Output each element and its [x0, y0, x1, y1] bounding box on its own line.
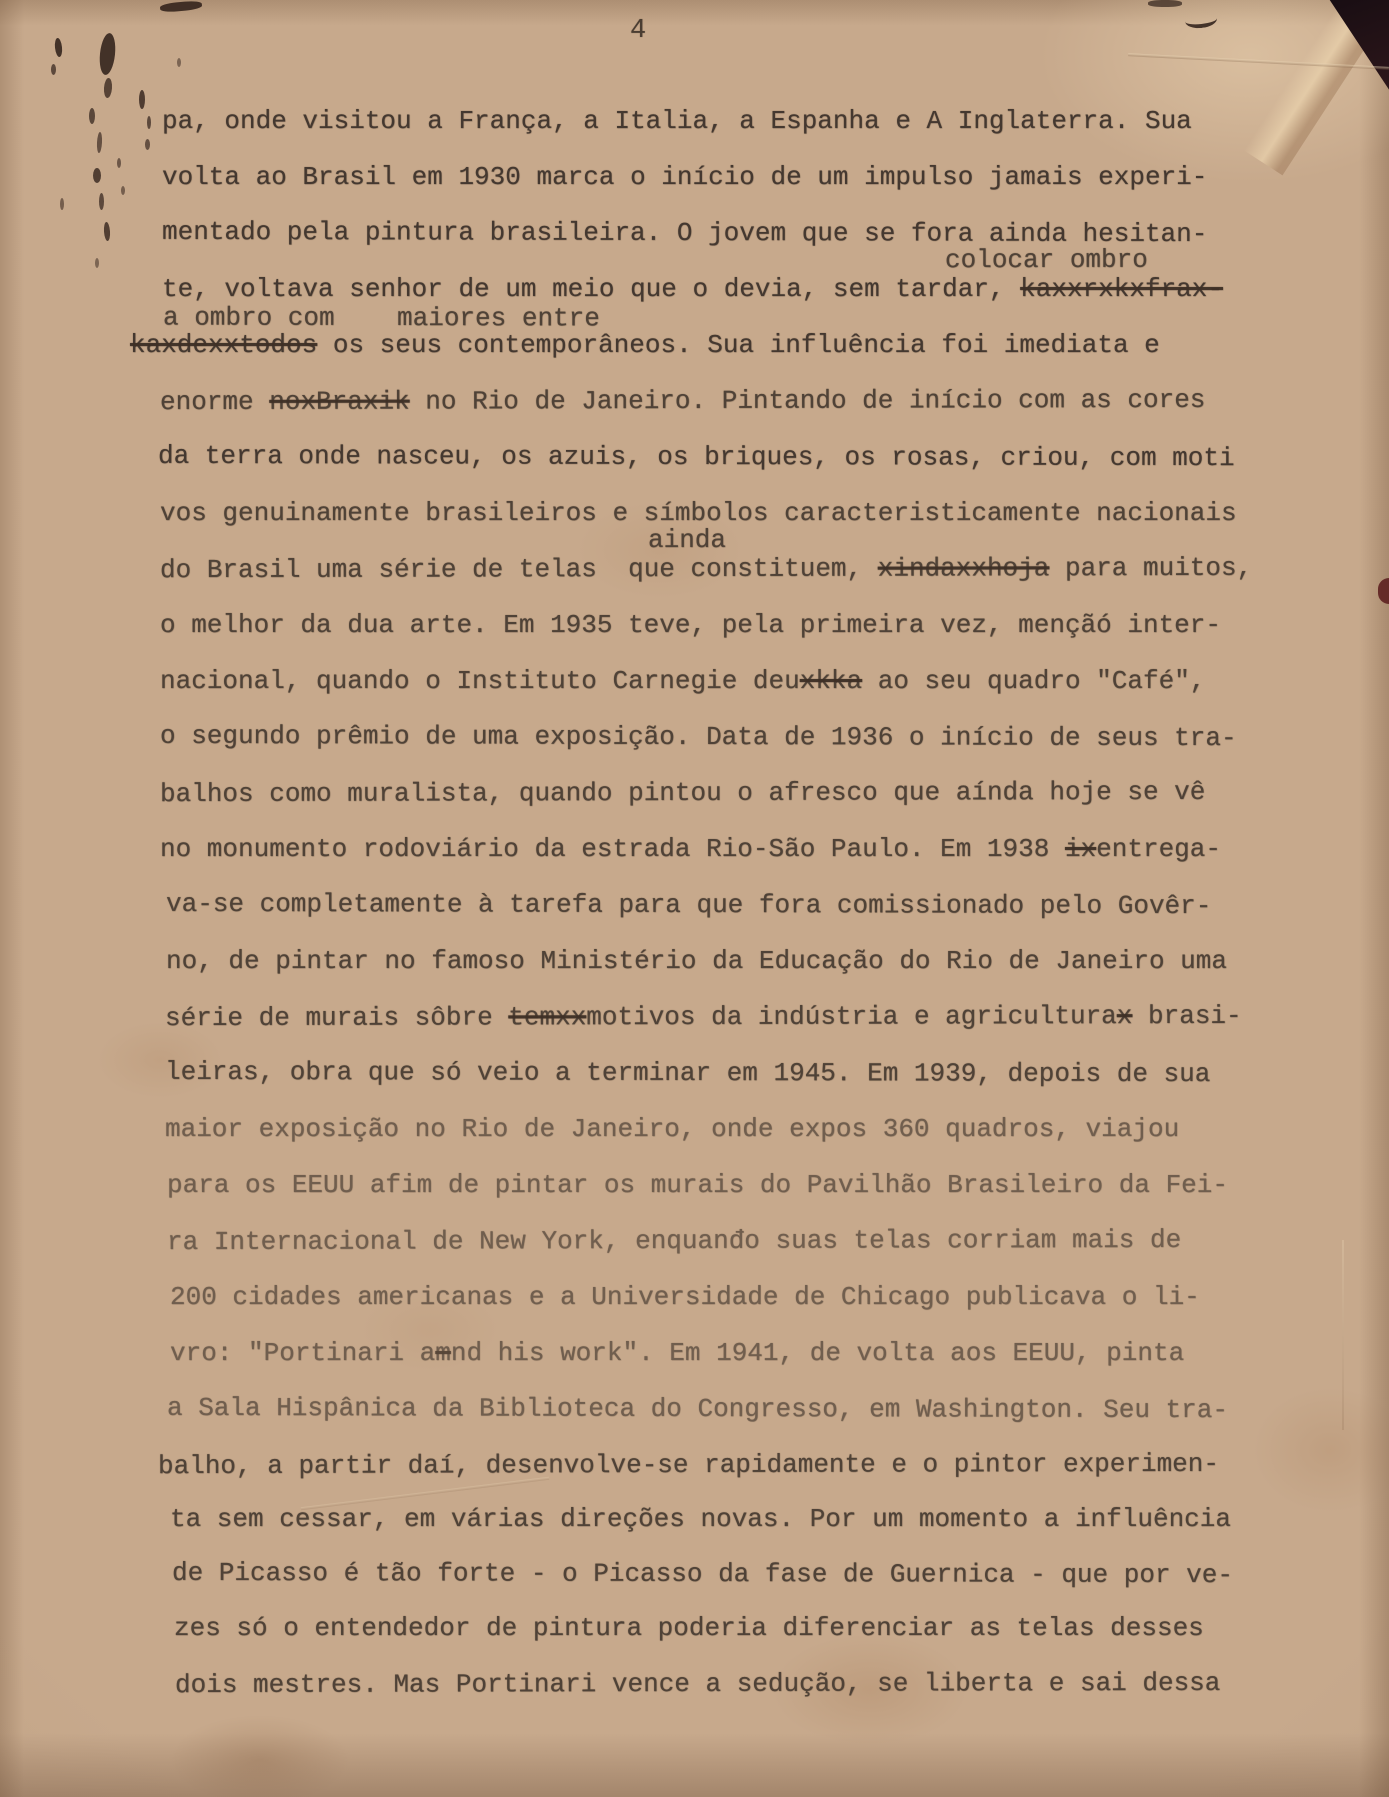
typescript-line: 200 cidades americanas e a Universidade … — [170, 1284, 1200, 1310]
typescript-line: nacional, quando o Instituto Carnegie de… — [160, 668, 1205, 694]
ink-splatter — [96, 132, 102, 153]
ink-splatter — [145, 139, 150, 150]
ink-splatter — [139, 90, 145, 109]
typescript-line: no, de pintar no famoso Ministério da Ed… — [166, 948, 1227, 974]
strikethrough-text: temxx — [508, 1002, 586, 1032]
typescript-line: no monumento rodoviário da estrada Rio-S… — [160, 836, 1221, 862]
typescript-line: enorme noxBraxik no Rio de Janeiro. Pint… — [160, 387, 1205, 415]
ink-splatter — [103, 222, 110, 241]
ink-splatter — [51, 64, 56, 75]
ink-splatter — [60, 198, 64, 210]
typescript-line: a Sala Hispânica da Biblioteca do Congre… — [167, 1395, 1228, 1423]
ink-splatter — [95, 258, 99, 268]
typescript-line: maior exposição no Rio de Janeiro, onde … — [165, 1116, 1179, 1142]
strikethrough-text: noxBraxik — [269, 387, 410, 417]
typescript-line: pa, onde visitou a França, a Italia, a E… — [162, 108, 1192, 134]
ink-splatter — [177, 58, 181, 67]
typescript-line: balhos como muralista, quando pintou o a… — [160, 779, 1205, 807]
typescript-line: zes só o entendedor de pintura poderia d… — [174, 1615, 1204, 1641]
typescript-line: série de murais sôbre temxxmotivos da in… — [165, 1003, 1242, 1031]
typescript-interline: a ombro com maiores entre — [163, 305, 600, 332]
ink-splatter — [117, 158, 121, 168]
typescript-line: vos genuinamente brasileiros e símbolos … — [160, 500, 1237, 526]
strikethrough-text: xkka — [800, 666, 862, 696]
strikethrough-text: kaxxrxkxfrax- — [1020, 274, 1223, 304]
typescript-interline: ainda — [648, 527, 726, 553]
ink-splatter — [99, 193, 104, 210]
typescript-line: o melhor da dua arte. Em 1935 teve, pela… — [160, 612, 1221, 638]
typescript-line: balho, a partir daí, desenvolve-se rapid… — [158, 1451, 1219, 1479]
strikethrough-text: x — [1117, 1001, 1133, 1031]
page-number: 4 — [630, 16, 646, 46]
typewritten-page: 4 pa, onde visitou a França, a Italia, a… — [0, 0, 1389, 1797]
typescript-line: vro: "Portinari amnd his work". Em 1941,… — [170, 1340, 1184, 1366]
pen-mark — [1184, 10, 1217, 29]
typescript-line: dois mestres. Mas Portinari vence a sedu… — [175, 1670, 1220, 1698]
typescript-line: leiras, obra que só veio a terminar em 1… — [165, 1059, 1210, 1087]
ink-splatter — [147, 116, 151, 129]
typescript-line: kaxdexxtodos os seus contemporâneos. Sua… — [130, 332, 1160, 358]
ink-smudge — [160, 0, 203, 13]
typescript-line: o segundo prêmio de uma exposição. Data … — [160, 723, 1237, 751]
ink-smudge — [1148, 0, 1182, 7]
strikethrough-text: kaxdexxtodos — [130, 330, 317, 360]
typescript-line: ta sem cessar, em várias direções novas.… — [170, 1506, 1231, 1532]
ink-splatter — [103, 78, 112, 99]
ink-splatter — [98, 32, 117, 75]
typescript-interline: colocar ombro — [945, 247, 1148, 273]
ink-splatter — [54, 38, 63, 58]
ink-splatter — [121, 186, 125, 195]
typescript-line: de Picasso é tão forte - o Picasso da fa… — [172, 1560, 1233, 1588]
typescript-line: va-se completamente à tarefa para que fo… — [166, 891, 1211, 919]
ink-splatter — [89, 108, 95, 124]
strikethrough-text: ix — [1065, 834, 1096, 864]
typescript-line: ra Internacional de New York, enquanđo s… — [167, 1227, 1181, 1255]
paper-notch — [1378, 578, 1389, 604]
paper-crease — [1342, 1240, 1344, 1430]
ink-splatter — [93, 168, 101, 183]
strikethrough-text: xindaxxhoja — [878, 553, 1050, 583]
typescript-line: do Brasil uma série de telas que constit… — [160, 555, 1252, 583]
typescript-line: te, voltava senhor de um meio que o devi… — [162, 276, 1223, 302]
typescript-line: da terra onde nasceu, os azuis, os briqu… — [158, 443, 1235, 471]
typescript-line: para os EEUU afim de pintar os murais do… — [167, 1172, 1228, 1198]
typescript-line: volta ao Brasil em 1930 marca o início d… — [162, 164, 1207, 190]
strikethrough-text: m — [435, 1338, 451, 1368]
typescript-line: mentado pela pintura brasileira. O jovem… — [162, 219, 1207, 247]
